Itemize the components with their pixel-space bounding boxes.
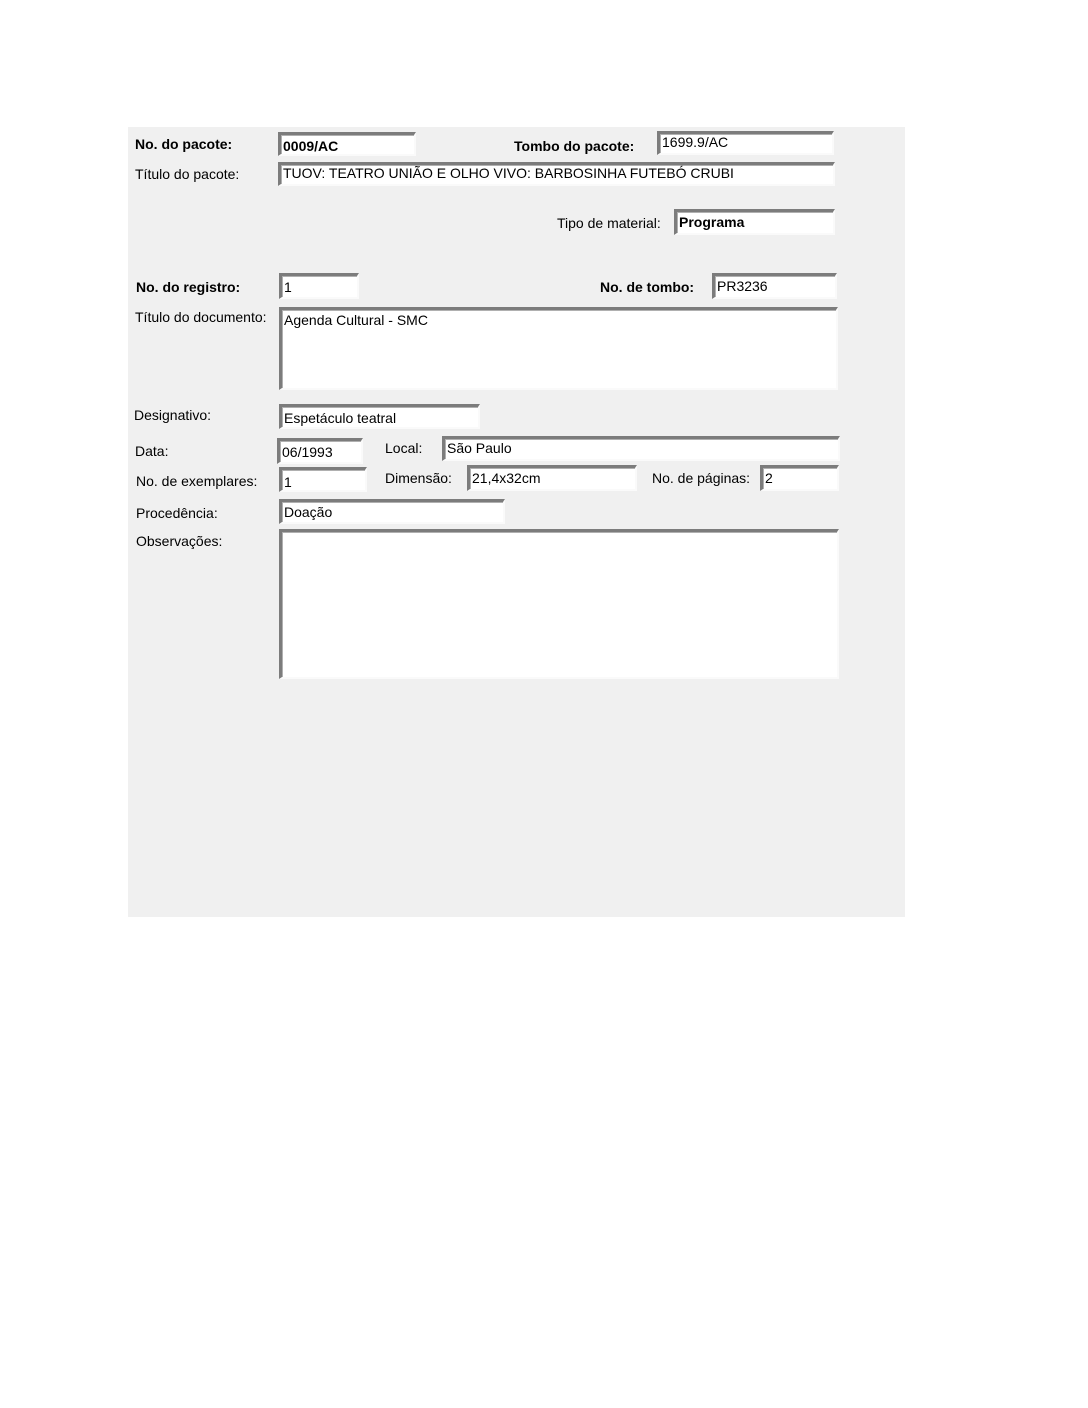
record-form-panel: No. do pacote: 0009/AC Tombo do pacote: … [128, 127, 905, 917]
package-number-field[interactable]: 0009/AC [278, 132, 416, 156]
package-number-label: No. do pacote: [135, 136, 232, 152]
local-label: Local: [385, 440, 422, 456]
material-type-field[interactable]: Programa [674, 209, 835, 235]
document-title-field[interactable]: Agenda Cultural - SMC [279, 307, 838, 390]
package-title-label: Título do pacote: [135, 166, 239, 182]
tombo-number-field[interactable]: PR3236 [712, 273, 837, 299]
dimension-field[interactable]: 21,4x32cm [467, 465, 637, 491]
pages-field[interactable]: 2 [760, 465, 839, 491]
origin-field[interactable]: Doação [279, 499, 505, 524]
pages-label: No. de páginas: [652, 470, 750, 486]
material-type-label: Tipo de material: [557, 215, 661, 231]
notes-label: Observações: [136, 533, 222, 549]
package-tombo-field[interactable]: 1699.9/AC [657, 131, 834, 155]
package-tombo-label: Tombo do pacote: [514, 138, 634, 154]
designativo-label: Designativo: [134, 407, 211, 423]
register-number-label: No. do registro: [136, 279, 240, 295]
designativo-field[interactable]: Espetáculo teatral [279, 404, 480, 429]
local-field[interactable]: São Paulo [442, 436, 840, 461]
document-title-label: Título do documento: [135, 309, 267, 325]
date-label: Data: [135, 443, 168, 459]
notes-field[interactable] [279, 529, 839, 679]
dimension-label: Dimensão: [385, 470, 452, 486]
copies-label: No. de exemplares: [136, 473, 257, 489]
register-number-field[interactable]: 1 [279, 273, 359, 299]
date-field[interactable]: 06/1993 [277, 438, 363, 464]
tombo-number-label: No. de tombo: [600, 279, 694, 295]
package-title-field[interactable]: TUOV: TEATRO UNIÃO E OLHO VIVO: BARBOSIN… [278, 162, 835, 186]
copies-field[interactable]: 1 [279, 467, 367, 492]
origin-label: Procedência: [136, 505, 218, 521]
